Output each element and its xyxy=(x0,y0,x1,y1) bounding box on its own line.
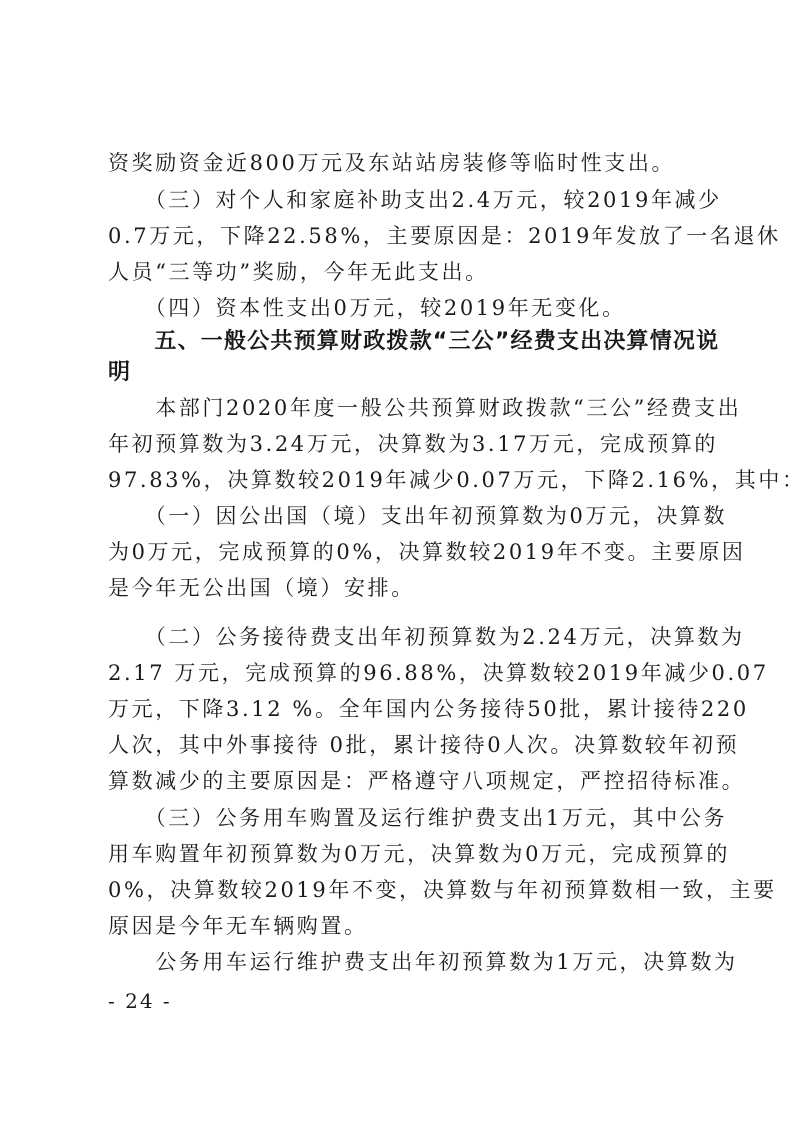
paragraph-line: 人员“三等功”奖励，今年无此支出。 xyxy=(108,258,694,286)
paragraph-line: 为0万元，完成预算的0%，决算数较2019年不变。主要原因 xyxy=(108,538,694,566)
paragraph-line: 人次，其中外事接待 0批，累计接待0人次。决算数较年初预 xyxy=(108,731,694,759)
paragraph-line: 算数减少的主要原因是：严格遵守八项规定，严控招待标准。 xyxy=(108,767,694,795)
paragraph-line: （三）公务用车购置及运行维护费支出1万元，其中公务 xyxy=(108,804,694,832)
paragraph-line: 万元，下降3.12 %。全年国内公务接待50批，累计接待220 xyxy=(108,695,694,723)
paragraph-line: 公务用车运行维护费支出年初预算数为1万元，决算数为 xyxy=(108,948,694,976)
document-page: 资奖励资金近800万元及东站站房装修等临时性支出。 （三）对个人和家庭补助支出2… xyxy=(0,0,793,1122)
paragraph-line: 0.7万元，下降22.58%，主要原因是：2019年发放了一名退休 xyxy=(108,222,694,250)
page-number: - 24 - xyxy=(108,988,172,1014)
paragraph-line: （二）公务接待费支出年初预算数为2.24万元，决算数为 xyxy=(108,623,694,651)
paragraph-line: 是今年无公出国（境）安排。 xyxy=(108,574,694,602)
paragraph-line: （一）因公出国（境）支出年初预算数为0万元，决算数 xyxy=(108,502,694,530)
section-heading-continued: 明 xyxy=(108,359,694,387)
paragraph-line: 年初预算数为3.24万元，决算数为3.17万元，完成预算的 xyxy=(108,430,694,458)
paragraph-line: 0%，决算数较2019年不变，决算数与年初预算数相一致，主要 xyxy=(108,876,694,904)
paragraph-line: 2.17 万元，完成预算的96.88%，决算数较2019年减少0.07 xyxy=(108,659,694,687)
section-heading: 五、一般公共预算财政拨款“三公”经费支出决算情况说 xyxy=(108,328,694,356)
paragraph-line: 资奖励资金近800万元及东站站房装修等临时性支出。 xyxy=(108,149,694,177)
paragraph-line: 本部门2020年度一般公共预算财政拨款“三公”经费支出 xyxy=(108,394,694,422)
paragraph-line: （三）对个人和家庭补助支出2.4万元，较2019年减少 xyxy=(108,186,694,214)
paragraph-line: （四）资本性支出0万元，较2019年无变化。 xyxy=(108,294,694,322)
paragraph-line: 97.83%，决算数较2019年减少0.07万元，下降2.16%，其中： xyxy=(108,466,694,494)
paragraph-line: 原因是今年无车辆购置。 xyxy=(108,912,694,940)
paragraph-line: 用车购置年初预算数为0万元，决算数为0万元，完成预算的 xyxy=(108,840,694,868)
